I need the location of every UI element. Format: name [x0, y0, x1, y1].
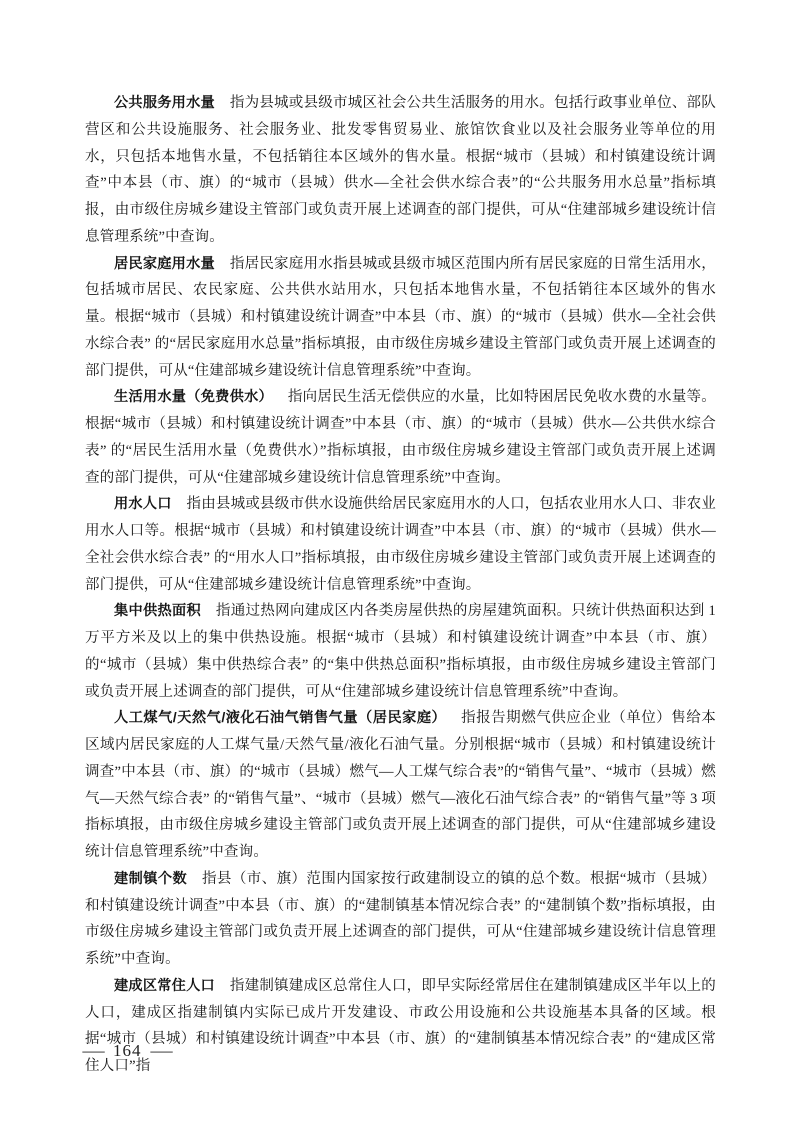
definition-paragraph: 公共服务用水量指为县城或县级市城区社会公共生活服务的用水。包括行政事业单位、部队…: [85, 90, 716, 251]
definition-text: 指居民家庭用水指县城或县级市城区范围内所有居民家庭的日常生活用水，包括城市居民、…: [85, 256, 716, 379]
term-label: 公共服务用水量: [114, 95, 215, 111]
term-label: 居民家庭用水量: [114, 256, 215, 272]
footer-left-dash: —: [82, 1041, 104, 1061]
term-label: 生活用水量（免费供水）: [114, 389, 273, 405]
term-label: 人工煤气/天然气/液化石油气销售气量（居民家庭）: [114, 710, 446, 726]
term-label: 建制镇个数: [114, 871, 187, 887]
page-number: 164: [113, 1041, 142, 1061]
definition-text: 指为县城或县级市城区社会公共生活服务的用水。包括行政事业单位、部队营区和公共设施…: [85, 95, 716, 245]
definition-paragraph: 居民家庭用水量指居民家庭用水指县城或县级市城区范围内所有居民家庭的日常生活用水，…: [85, 251, 716, 385]
definition-paragraph: 人工煤气/天然气/液化石油气销售气量（居民家庭）指报告期燃气供应企业（单位）售给…: [85, 705, 716, 866]
definition-text: 指报告期燃气供应企业（单位）售给本区域内居民家庭的人工煤气量/天然气量/液化石油…: [85, 710, 716, 860]
page-footer: — 164 —: [85, 1041, 170, 1061]
glossary-content: 公共服务用水量指为县城或县级市城区社会公共生活服务的用水。包括行政事业单位、部队…: [85, 90, 716, 1080]
term-label: 集中供热面积: [114, 603, 201, 619]
definition-paragraph: 用水人口指由县城或县级市供水设施供给居民家庭用水的人口，包括农业用水人口、非农业…: [85, 491, 716, 598]
definition-text: 指由县城或县级市供水设施供给居民家庭用水的人口，包括农业用水人口、非农业用水人口…: [85, 496, 716, 592]
definition-paragraph: 集中供热面积指通过热网向建成区内各类房屋供热的房屋建筑面积。只统计供热面积达到 …: [85, 598, 716, 705]
document-page: 公共服务用水量指为县城或县级市城区社会公共生活服务的用水。包括行政事业单位、部队…: [0, 0, 800, 1131]
term-label: 建成区常住人口: [114, 978, 215, 994]
footer-right-dash: —: [150, 1041, 172, 1061]
definition-paragraph: 生活用水量（免费供水）指向居民生活无偿供应的水量，比如特困居民免收水费的水量等。…: [85, 384, 716, 491]
definition-paragraph: 建成区常住人口指建制镇建成区总常住人口，即早实际经常居住在建制镇建成区半年以上的…: [85, 973, 716, 1080]
term-label: 用水人口: [114, 496, 172, 512]
definition-paragraph: 建制镇个数指县（市、旗）范围内国家按行政建制设立的镇的总个数。根据“城市（县城）…: [85, 866, 716, 973]
